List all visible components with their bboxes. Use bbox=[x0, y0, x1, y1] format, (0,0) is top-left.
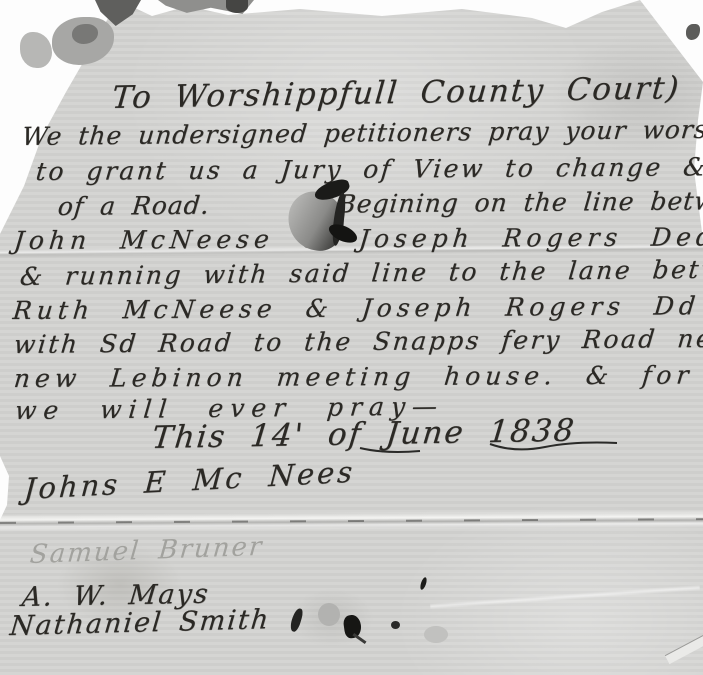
scanned-petition-document: To Worshippfull County Court) We the und… bbox=[0, 0, 703, 675]
torn-paper-fragment bbox=[20, 32, 52, 68]
torn-paper-fragment bbox=[226, 0, 248, 13]
petition-line: John McNeese & Joseph Rogers Ded— bbox=[13, 222, 703, 255]
petition-line: to grant us a Jury of View to change & l… bbox=[35, 152, 703, 186]
petition-line: of a Road. Begining on the line between bbox=[57, 186, 703, 221]
petition-line: new Lebinon meeting house. & for which bbox=[13, 360, 703, 393]
ink-smudge bbox=[424, 626, 448, 643]
torn-paper-fragment bbox=[686, 24, 700, 40]
ink-mark bbox=[391, 621, 400, 629]
petition-line: with Sd Road to the Snapps fery Road nea… bbox=[13, 324, 703, 359]
date-underline-flourish bbox=[355, 436, 625, 458]
petition-line: Ruth McNeese & Joseph Rogers Dd Thence bbox=[12, 290, 703, 325]
ink-smudge bbox=[318, 603, 340, 626]
